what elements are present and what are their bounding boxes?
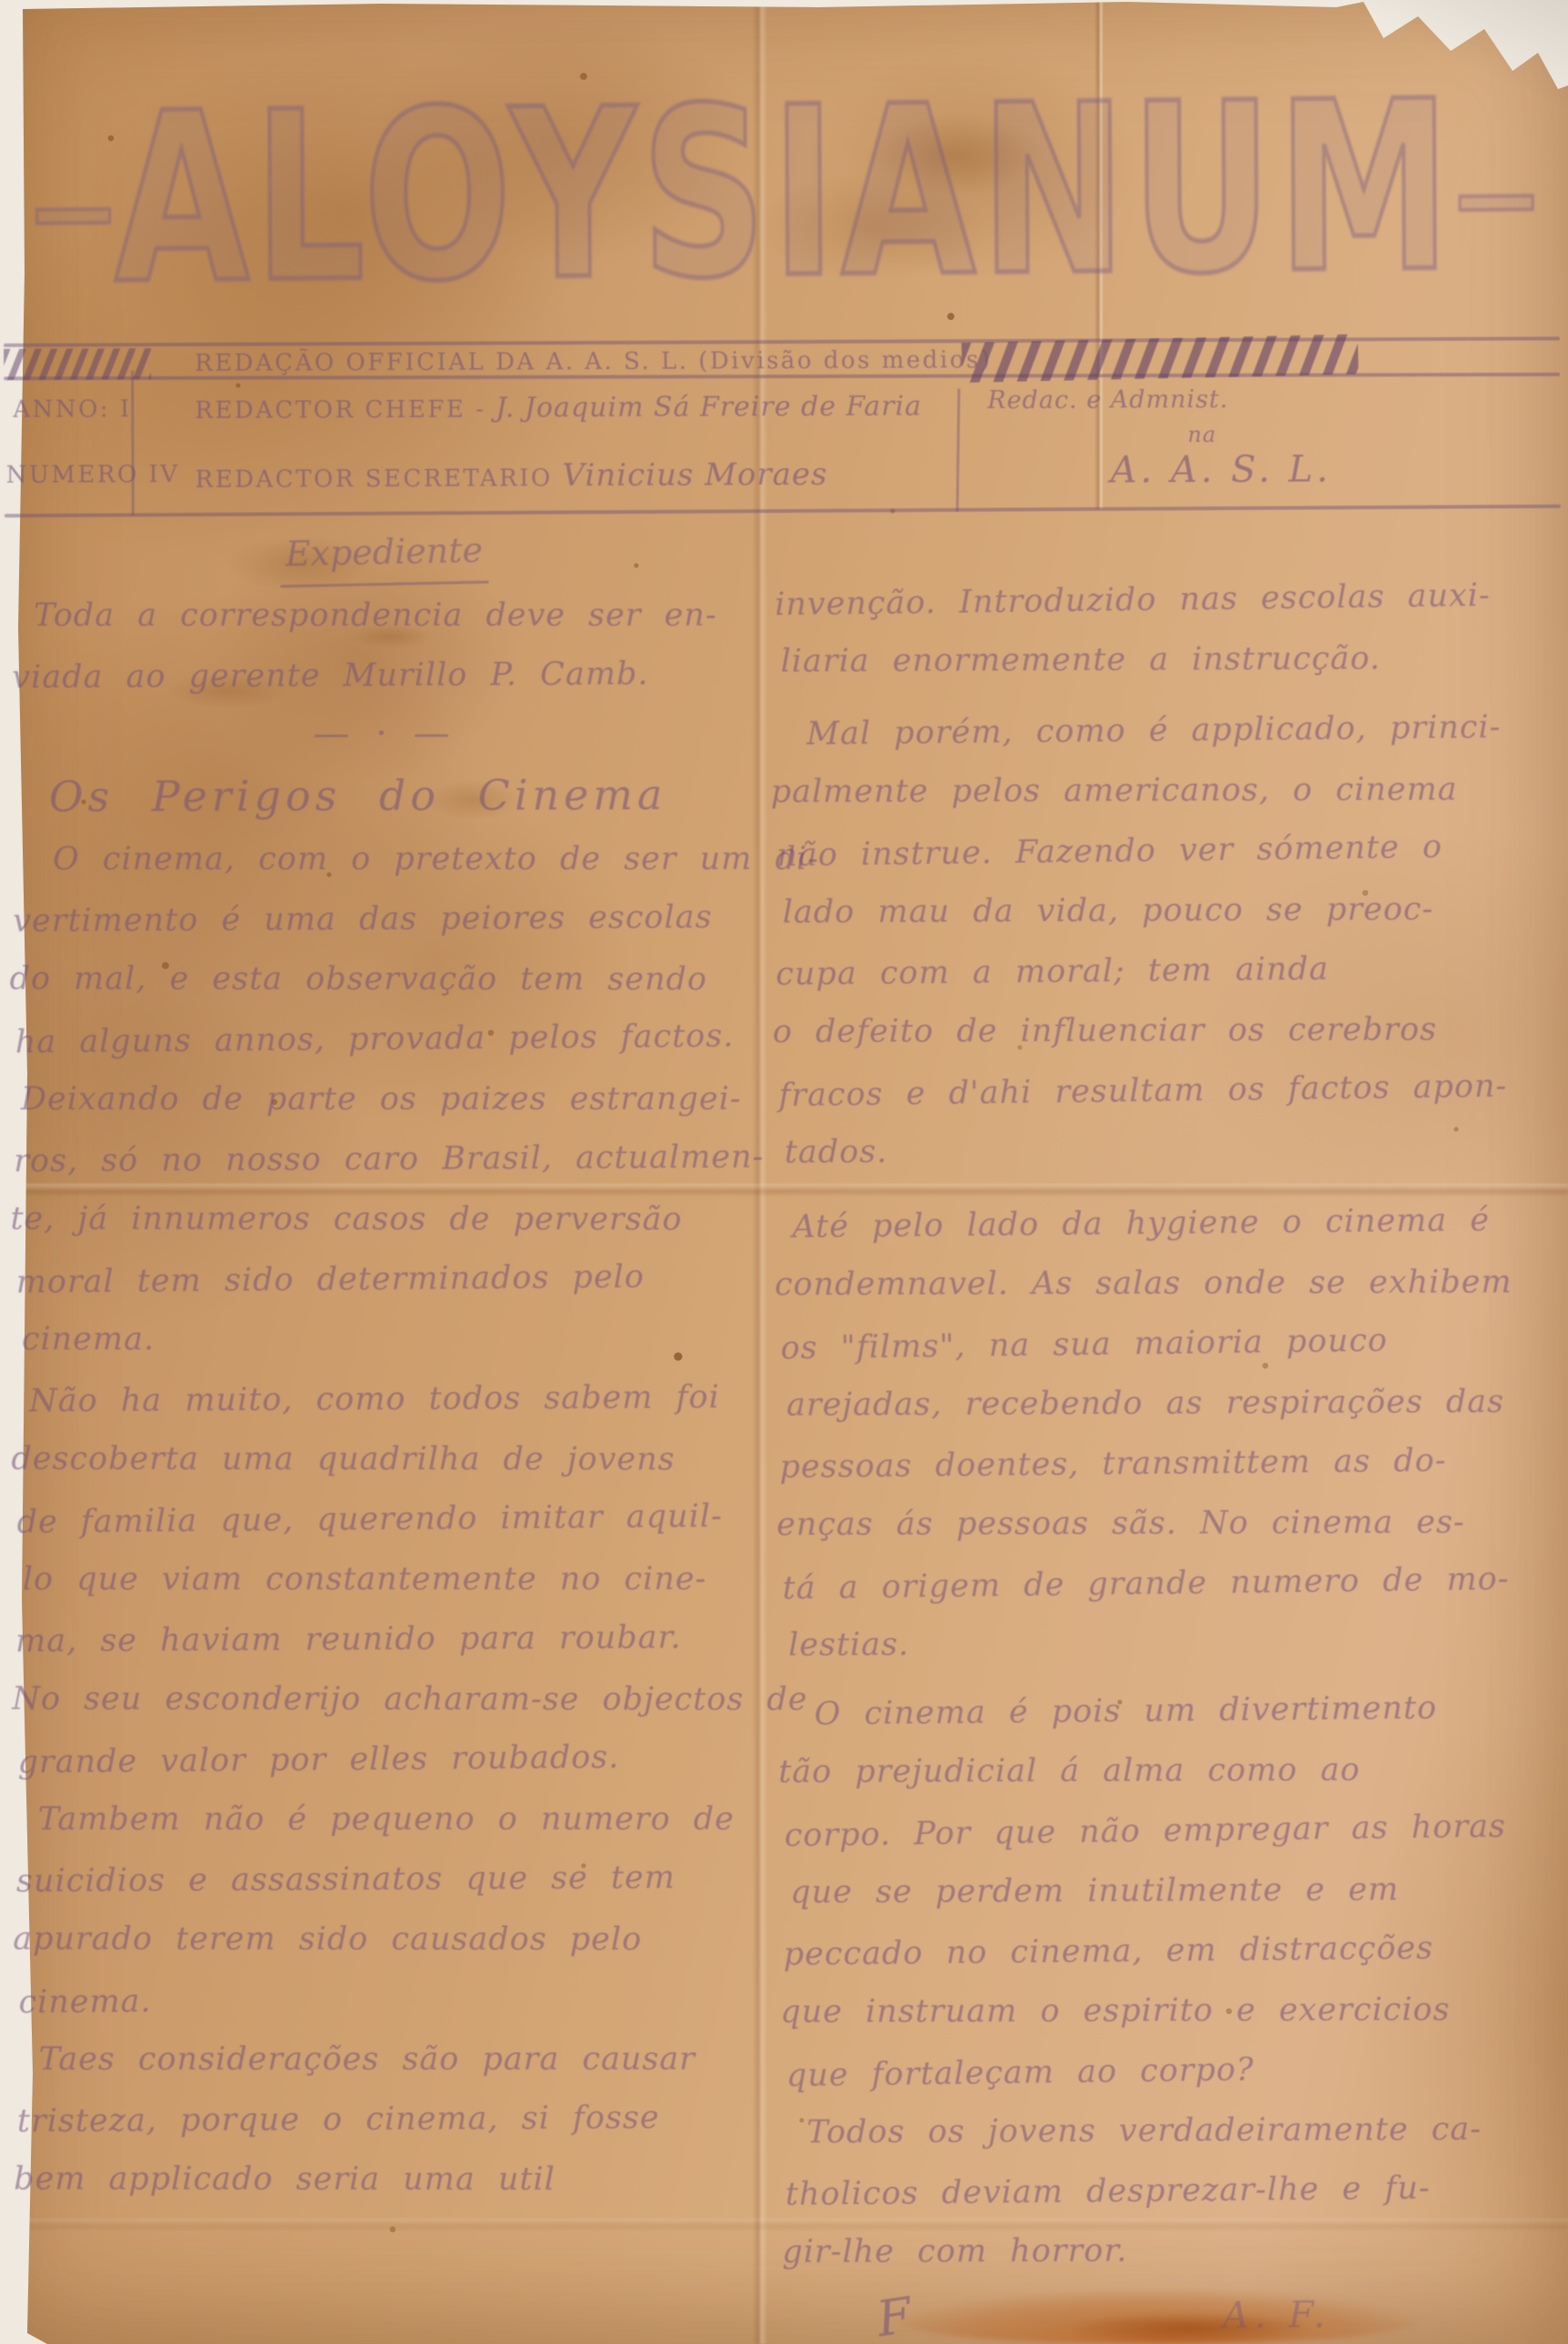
article-line: apurado terem sido causados pelo <box>13 1909 758 1970</box>
article-line: que instruam o espirito e exercicios <box>780 1979 1568 2042</box>
article-line: grande valor por elles roubados. <box>17 1726 764 1792</box>
article-line: Até pelo lado da hygiene o cinema é <box>777 1189 1568 1257</box>
right-column: invenção. Introduzido nas escolas auxi- … <box>773 566 1568 2344</box>
expediente-heading: Expediente <box>12 522 757 587</box>
article-line: tão prejudicial á alma como ao <box>778 1739 1568 1802</box>
article-line: enças ás pessoas sãs. No cinema es- <box>776 1492 1568 1555</box>
article-line: cupa com a moral; tem ainda <box>775 937 1568 1005</box>
masthead-divider-left <box>131 370 135 516</box>
article-line: Deixando de parte os paizes estrangei- <box>21 1069 766 1129</box>
article-line: moral tem sido determinados pelo <box>15 1246 762 1312</box>
article-line: de familia que, querendo imitar aquil- <box>16 1486 763 1552</box>
article-line: lo que viam constantemente no cine- <box>23 1549 768 1609</box>
article-line: pessoas doentes, transmittem as do- <box>779 1429 1568 1498</box>
article-line: O cinema, com o pretexto de ser um di- <box>20 829 765 889</box>
article-line: ha alguns annos, provada pelos factos. <box>15 1006 761 1072</box>
article-line: condemnavel. As salas onde se exhibem <box>774 1252 1568 1315</box>
article-line: palmente pelos americanos, o cinema <box>771 759 1566 822</box>
masthead-divider-right <box>956 388 961 512</box>
article-line: suicidios e assassinatos que se tem <box>16 1848 762 1912</box>
article-line: te, já innumeros casos de perversão <box>10 1189 755 1250</box>
article-line: Taes considerações são para causar <box>25 2029 770 2089</box>
article-line: vertimento é uma das peiores escolas <box>13 887 758 952</box>
article-line: Não ha muito, como todos sabem foi <box>15 1367 760 1432</box>
article-line: ros, só no nosso caro Brasil, actualmen- <box>14 1127 759 1192</box>
article-line: corpo. Por que não empregar as horas <box>784 1796 1568 1866</box>
notice-line: Toda a correspondencia deve ser en- <box>19 586 764 646</box>
article-line: descoberta uma quadrilha de jovens <box>11 1429 756 1490</box>
article-line: Todos os jovens verdadeiramente ca- <box>792 2099 1568 2162</box>
masthead-redaccao-line1: Redac. e Admnist. <box>987 386 1228 415</box>
article-heading: Os Perigos do Cinema <box>13 761 758 831</box>
signature-row: F A. F. <box>786 2278 1568 2344</box>
article-line: cinema. <box>18 1966 764 2032</box>
article-line: Mal porém, como é applicado, princi- <box>774 696 1568 765</box>
masthead-numero: NUMERO IV <box>6 461 180 489</box>
article-line: cinema. <box>22 1309 767 1369</box>
article-line: tá a origem de grande numero de mo- <box>782 1548 1568 1618</box>
masthead-rule-bottom <box>5 505 1561 517</box>
article-line: O cinema é pois um divertimento <box>782 1677 1568 1745</box>
article-line: Tambem não é pequeno o numero de <box>24 1789 769 1849</box>
article-line: tristeza, porque o cinema, si fosse <box>17 2088 763 2152</box>
article-line: liaria enormemente a instrucção. <box>781 627 1568 691</box>
article-line: tholicos deviam desprezar-lhe e fu- <box>785 2157 1568 2225</box>
article-line: lado mau da vida, pouco se preoc- <box>783 878 1568 942</box>
redactor-secretario-name: Vinicius Moraes <box>563 456 828 494</box>
scanned-document-page: { "masthead": { "title": "ALOYSIANUM", "… <box>0 0 1568 2344</box>
article-line: que fortaleçam ao corpo? <box>786 2036 1568 2106</box>
redactor-chefe-label: REDACTOR CHEFE - <box>195 396 485 424</box>
article-line: não instrue. Fazendo ver sómente o <box>776 816 1568 886</box>
signature-initials: A. F. <box>1223 2294 1331 2337</box>
article-line: o defeito de influenciar os cerebros <box>773 999 1568 1062</box>
article-line: No seu esconderijo acharam-se objectos d… <box>12 1669 757 1730</box>
article-line: ma, se haviam reunido para roubar. <box>15 1608 761 1672</box>
redactor-secretario-label: REDACTOR SECRETARIO <box>195 465 553 494</box>
article-line: bem applicado seria uma util <box>14 2149 759 2210</box>
article-line: do mal, e esta observação tem sendo <box>9 949 754 1010</box>
article-line: fracos e d'ahi resultam os factos apon- <box>778 1056 1568 1126</box>
masthead-redaccao-line2: na <box>1187 422 1216 447</box>
article-line: peccado no cinema, em distracções <box>784 1917 1568 1985</box>
article-line: os "films", na sua maioria pouco <box>780 1308 1568 1378</box>
article-line: invenção. Introduzido nas escolas auxi- <box>774 565 1568 635</box>
masthead-redaccao-line3: A. A. S. L. <box>1111 448 1333 491</box>
hatch-bar-left <box>4 348 151 380</box>
article-line: lestias. <box>788 1611 1568 1675</box>
masthead-official-line: REDAÇÃO OFFICIAL DA A. A. S. L. (Divisão… <box>195 346 993 377</box>
article-line: gir-lhe com horror. <box>782 2219 1568 2282</box>
left-column: Expediente Toda a correspondencia deve s… <box>12 522 763 2211</box>
section-divider: — · — <box>12 705 757 764</box>
notice-line: viada ao gerente Murillo P. Camb. <box>12 644 757 708</box>
masthead-redactor-secretario: REDACTOR SECRETARIO Vinicius Moraes <box>195 456 828 496</box>
article-line: que se perdem inutilmente e em <box>790 1858 1568 1922</box>
masthead-anno: ANNO: I <box>13 396 132 424</box>
redactor-chefe-name: J. Joaquim Sá Freire de Faria <box>495 390 922 424</box>
article-line: tados. <box>784 1118 1568 1182</box>
expediente-heading-text: Expediente <box>280 521 490 588</box>
signature-flourish: F <box>874 2287 915 2344</box>
article-line: arejadas, recebendo as respirações das <box>786 1371 1568 1435</box>
masthead-redactor-chefe: REDACTOR CHEFE - J. Joaquim Sá Freire de… <box>195 390 922 425</box>
